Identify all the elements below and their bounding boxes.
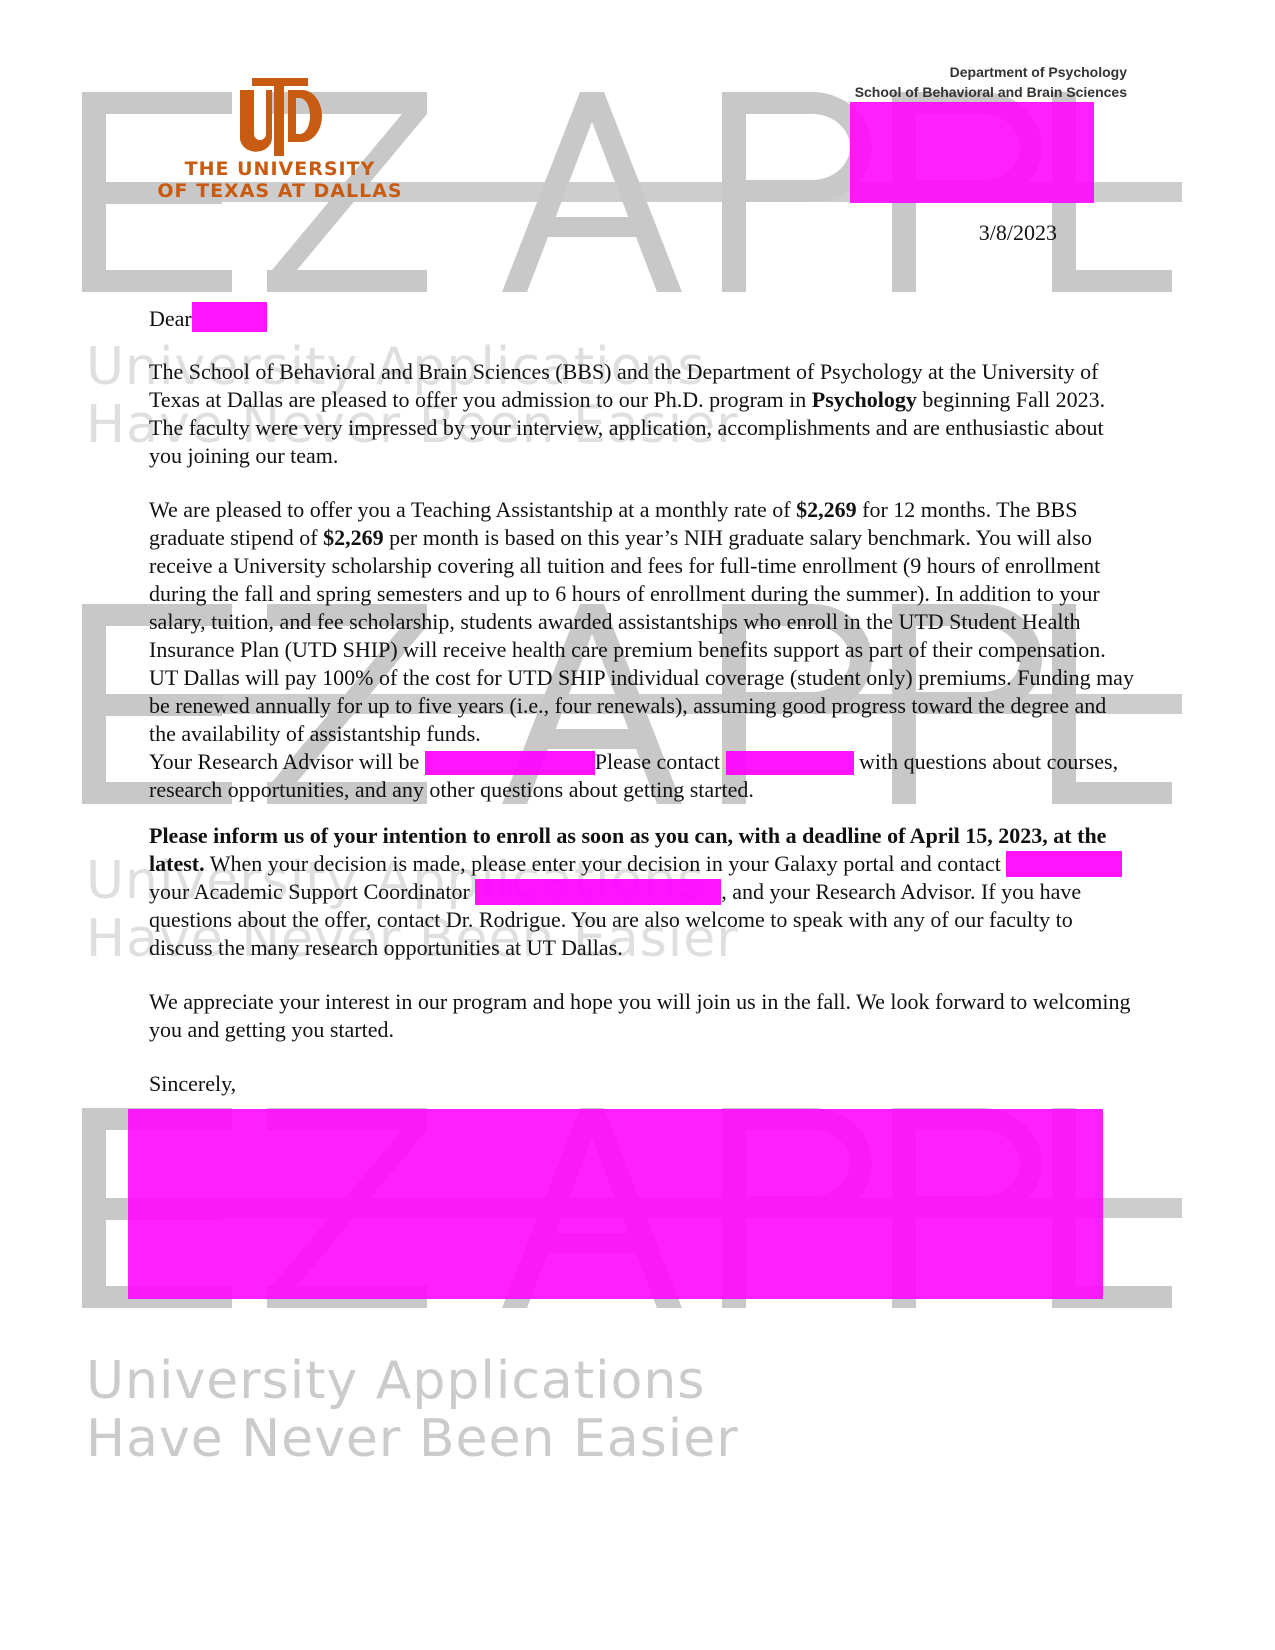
department-block: Department of Psychology School of Behav… [855,62,1127,102]
logo-line-2: OF TEXAS AT DALLAS [150,180,410,202]
program-name: Psychology [812,387,917,412]
redacted-coordinator-name [475,879,721,905]
closing: Sincerely, [149,1070,1134,1098]
paragraph-admission: The School of Behavioral and Brain Scien… [149,358,1134,470]
utd-logo-mark-icon [230,78,330,158]
redacted-contact-2 [1006,851,1122,877]
paragraph-deadline: Please inform us of your intention to en… [149,822,1134,962]
redacted-signature-block [128,1109,1103,1299]
paragraph-funding: We are pleased to offer you a Teaching A… [149,496,1134,804]
redacted-advisor-name [425,751,595,775]
stipend-amount: $2,269 [323,525,384,550]
paragraph-closing: We appreciate your interest in our progr… [149,988,1134,1044]
department-name: Department of Psychology [855,62,1127,82]
utd-logo: THE UNIVERSITY OF TEXAS AT DALLAS [150,78,410,202]
letter-date: 3/8/2023 [979,220,1057,246]
school-name: School of Behavioral and Brain Sciences [855,82,1127,102]
redacted-recipient-name [192,302,267,332]
salutation: Dear [149,302,1134,333]
redacted-address [850,102,1094,203]
monthly-rate: $2,269 [796,497,857,522]
letter: THE UNIVERSITY OF TEXAS AT DALLAS Depart… [0,0,1275,1650]
redacted-contact-name [726,751,854,775]
logo-line-1: THE UNIVERSITY [150,158,410,180]
